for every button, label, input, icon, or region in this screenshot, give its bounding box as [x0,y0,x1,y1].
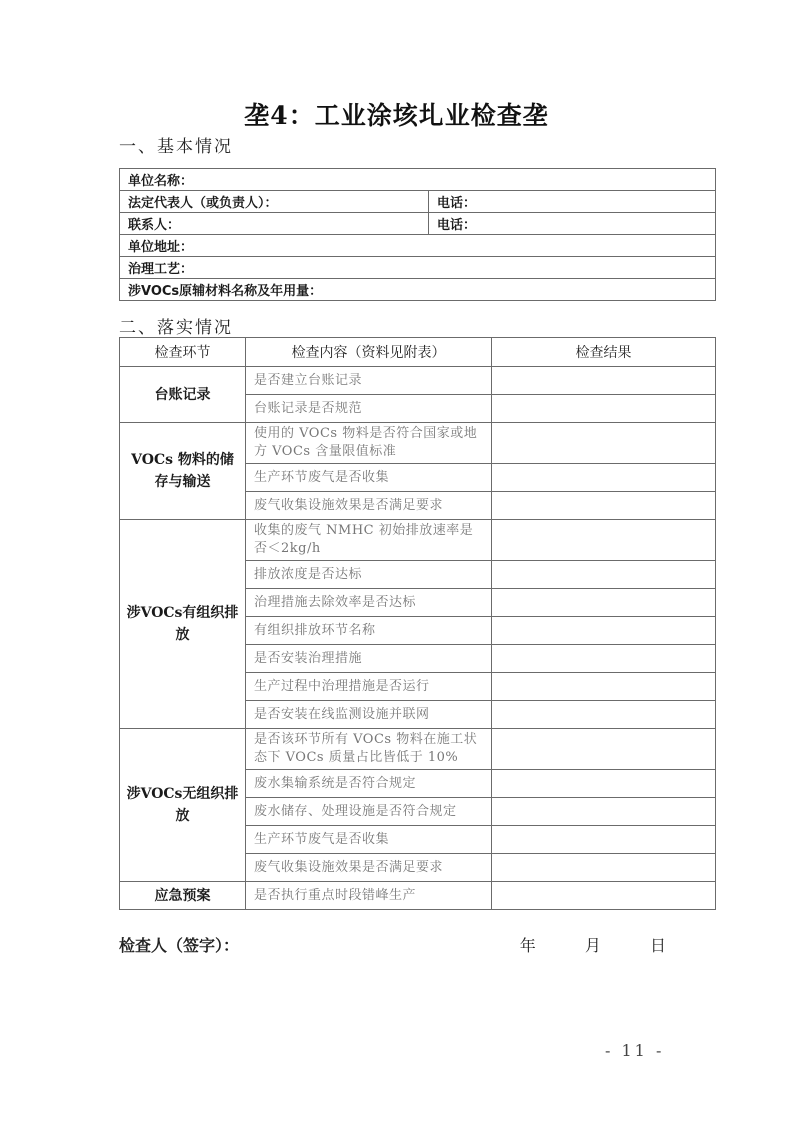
check-item: 排放浓度是否达标 [246,561,492,589]
check-item: 废水集输系统是否符合规定 [246,770,492,798]
result-cell[interactable] [492,701,716,729]
check-item: 是否执行重点时段错峰生产 [246,882,492,910]
address-field[interactable]: 单位地址： [120,235,716,257]
check-item: 是否安装治理措施 [246,645,492,673]
section-ledger: 台账记录 [120,367,246,423]
table-row: 法定代表人（或负责人）： 电话： [120,191,716,213]
result-cell[interactable] [492,395,716,423]
section-emergency-plan: 应急预案 [120,882,246,910]
header-check-content: 检查内容（资料见附表） [246,338,492,367]
unit-name-field[interactable]: 单位名称： [120,169,716,191]
table-row: 台账记录 是否建立台账记录 [120,367,716,395]
result-cell[interactable] [492,464,716,492]
result-cell[interactable] [492,561,716,589]
check-item: 治理措施去除效率是否达标 [246,589,492,617]
contact-field[interactable]: 联系人： [120,213,429,235]
basic-info-table: 单位名称： 法定代表人（或负责人）： 电话： 联系人： 电话： 单位地址： 治理… [119,168,716,301]
inspector-signature-label: 检查人（签字）： [119,936,239,955]
check-item: 是否建立台账记录 [246,367,492,395]
check-item: 废气收集设施效果是否满足要求 [246,492,492,520]
section-fugitive-emission: 涉VOCs无组织排放 [120,729,246,882]
month-label: 月 [585,936,601,955]
result-cell[interactable] [492,673,716,701]
day-label: 日 [650,936,666,955]
document-title: 垄4：工业涂垓圠业检查垄 [0,96,793,132]
result-cell[interactable] [492,589,716,617]
table-header-row: 检查环节 检查内容（资料见附表） 检查结果 [120,338,716,367]
check-item: 有组织排放环节名称 [246,617,492,645]
legal-rep-field[interactable]: 法定代表人（或负责人）： [120,191,429,213]
signature-line: 检查人（签字）： 年 月 日 [119,933,666,956]
table-row: VOCs 物料的储存与输送 使用的 VOCs 物料是否符合国家或地方 VOCs … [120,423,716,464]
section-storage-transport: VOCs 物料的储存与输送 [120,423,246,520]
table-row: 联系人： 电话： [120,213,716,235]
check-item: 是否该环节所有 VOCs 物料在施工状态下 VOCs 质量占比皆低于 10% [246,729,492,770]
check-item: 生产环节废气是否收集 [246,464,492,492]
table-row: 单位名称： [120,169,716,191]
table-row: 涉VOCs无组织排放 是否该环节所有 VOCs 物料在施工状态下 VOCs 质量… [120,729,716,770]
result-cell[interactable] [492,826,716,854]
table-row: 涉VOCs原辅材料名称及年用量： [120,279,716,301]
header-check-stage: 检查环节 [120,338,246,367]
check-item: 是否安装在线监测设施并联网 [246,701,492,729]
date-fields: 年 月 日 [494,933,666,956]
process-field[interactable]: 治理工艺： [120,257,716,279]
result-cell[interactable] [492,617,716,645]
table-row: 单位地址： [120,235,716,257]
check-item: 废气收集设施效果是否满足要求 [246,854,492,882]
contact-phone-field[interactable]: 电话： [429,213,716,235]
result-cell[interactable] [492,645,716,673]
result-cell[interactable] [492,520,716,561]
check-item: 生产过程中治理措施是否运行 [246,673,492,701]
result-cell[interactable] [492,492,716,520]
table-row: 应急预案 是否执行重点时段错峰生产 [120,882,716,910]
check-item: 使用的 VOCs 物料是否符合国家或地方 VOCs 含量限值标准 [246,423,492,464]
result-cell[interactable] [492,882,716,910]
header-check-result: 检查结果 [492,338,716,367]
check-item: 废水储存、处理设施是否符合规定 [246,798,492,826]
check-item: 生产环节废气是否收集 [246,826,492,854]
materials-field[interactable]: 涉VOCs原辅材料名称及年用量： [120,279,716,301]
check-item: 台账记录是否规范 [246,395,492,423]
legal-rep-phone-field[interactable]: 电话： [429,191,716,213]
table-row: 治理工艺： [120,257,716,279]
table-row: 涉VOCs有组织排放 收集的废气 NMHC 初始排放速率是否＜2kg/h [120,520,716,561]
result-cell[interactable] [492,770,716,798]
check-item: 收集的废气 NMHC 初始排放速率是否＜2kg/h [246,520,492,561]
section-heading-basic: 一、基本情况 [119,132,233,157]
section-heading-implementation: 二、落实情况 [119,313,233,338]
inspection-table: 检查环节 检查内容（资料见附表） 检查结果 台账记录 是否建立台账记录 台账记录… [119,337,716,910]
result-cell[interactable] [492,854,716,882]
section-organized-emission: 涉VOCs有组织排放 [120,520,246,729]
result-cell[interactable] [492,729,716,770]
result-cell[interactable] [492,367,716,395]
result-cell[interactable] [492,423,716,464]
year-label: 年 [520,936,536,955]
result-cell[interactable] [492,798,716,826]
page-number: - 11 - [605,1041,664,1060]
